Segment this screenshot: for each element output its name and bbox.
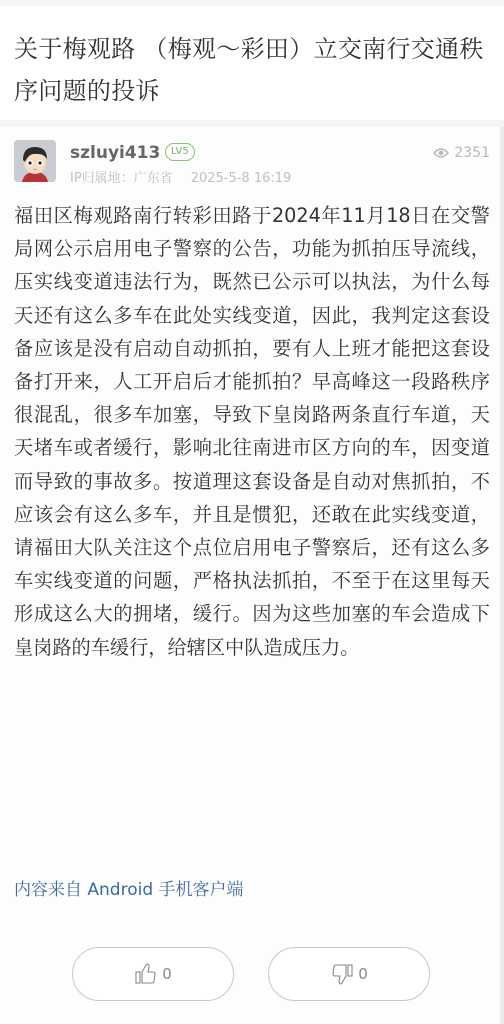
view-count-value: 2351: [454, 145, 490, 161]
thumbs-up-icon: [134, 962, 158, 986]
post-body: 福田区梅观路南行转彩田路于2024年11月18日在交警局网公示启用电子警察的公告…: [14, 199, 490, 664]
avatar-cartoon-icon: [14, 140, 56, 182]
author-username[interactable]: szluyi413: [70, 143, 160, 163]
post-meta: IP归属地：广东省2025-5-8 16:19: [70, 167, 291, 186]
view-count: 2351: [433, 145, 490, 161]
eye-icon: [433, 147, 449, 159]
source-link[interactable]: 内容来自 Android 手机客户端: [14, 875, 244, 900]
ip-location: IP归属地：广东省: [70, 171, 173, 186]
level-badge: LV5: [165, 143, 195, 161]
post-title: 关于梅观路 （梅观～彩田）立交南行交通秩序问题的投诉: [14, 28, 494, 112]
post-section: szluyi413 LV5 IP归属地：广东省2025-5-8 16:19 23…: [0, 127, 500, 1024]
like-button[interactable]: 0: [72, 947, 234, 1001]
dislike-count: 0: [358, 965, 368, 983]
avatar[interactable]: [14, 140, 56, 182]
scrollbar[interactable]: [500, 127, 504, 1024]
title-section: 关于梅观路 （梅观～彩田）立交南行交通秩序问题的投诉: [0, 6, 504, 120]
like-count: 0: [162, 965, 172, 983]
post-timestamp: 2025-5-8 16:19: [191, 171, 292, 186]
thumbs-down-icon: [330, 962, 354, 986]
dislike-button[interactable]: 0: [268, 947, 430, 1001]
